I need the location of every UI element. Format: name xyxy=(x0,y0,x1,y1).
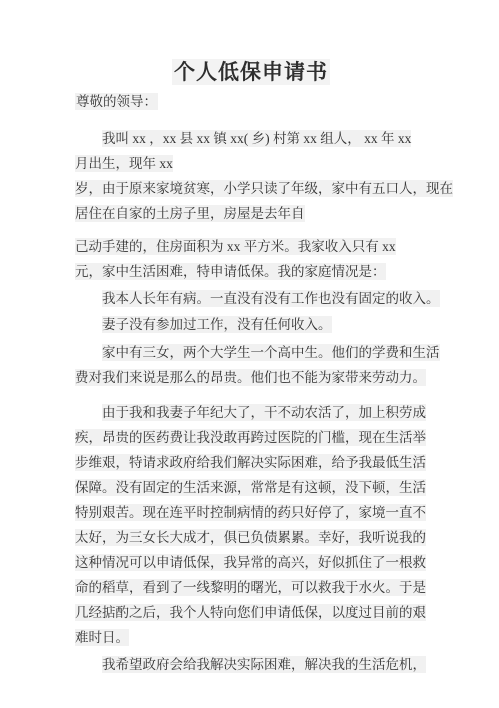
text-line: 我叫 xx ，xx 县 xx 镇 xx( 乡) 村第 xx 组人， xx 年 x… xyxy=(75,126,427,151)
text-line: 步维艰，特请求政府给我们解决实际困难，给予我最低生活 xyxy=(75,450,427,475)
text-line: 妻子没有参加过工作，没有任何收入。 xyxy=(75,312,427,337)
text-line-text: 这种情况可以申请低保，我异常的高兴，好似抓住了一根救 xyxy=(75,554,426,571)
text-line: 己动手建的，住房面积为 xx 平方米。我家收入只有 xx xyxy=(75,234,427,259)
text-line-text: 我叫 xx ，xx 县 xx 镇 xx( 乡) 村第 xx 组人， xx 年 x… xyxy=(102,130,411,147)
text-line: 特别艰苦。现在连平时控制病情的药只好停了，家境一直不 xyxy=(75,500,427,525)
text-line-text: 几经掂酌之后，我个人特向您们申请低保，以度过目前的艰 xyxy=(75,604,426,621)
text-line-text: 岁，由于原来家境贫寒，小学只读了年级，家中有五口人，现在 xyxy=(75,180,453,197)
paragraph: 我希望政府会给我解决实际困难，解决我的生活危机， xyxy=(75,652,427,677)
document-body: 我叫 xx ，xx 县 xx 镇 xx( 乡) 村第 xx 组人， xx 年 x… xyxy=(75,126,427,677)
text-line-text: 由于我和我妻子年纪大了，干不动农活了，加上积劳成 xyxy=(102,404,426,421)
paragraph: 我本人长年有病。一直没有没有工作也没有固定的收入。 xyxy=(75,286,427,311)
salutation: 尊敬的领导： xyxy=(75,93,427,111)
document-title-text: 个人低保申请书 xyxy=(172,59,330,85)
paragraph: 己动手建的，住房面积为 xx 平方米。我家收入只有 xx元，家中生活困难，特申请… xyxy=(75,234,427,284)
text-line: 由于我和我妻子年纪大了，干不动农活了，加上积劳成 xyxy=(75,400,427,425)
text-line-text: 己动手建的，住房面积为 xx 平方米。我家收入只有 xx xyxy=(75,238,396,255)
text-line: 家中有三女，两个大学生一个高中生。他们的学费和生活 xyxy=(75,340,427,365)
text-line: 我本人长年有病。一直没有没有工作也没有固定的收入。 xyxy=(75,286,427,311)
text-line-text: 难时日。 xyxy=(75,629,129,646)
text-line: 费对我们来说是那么的昂贵。他们也不能为家带来劳动力。 xyxy=(75,365,427,390)
paragraph: 我叫 xx ，xx 县 xx 镇 xx( 乡) 村第 xx 组人， xx 年 x… xyxy=(75,126,427,226)
text-line-text: 元，家中生活困难，特申请低保。我的家庭情况是： xyxy=(75,263,386,280)
text-line: 命的稻草，看到了一线黎明的曙光，可以救我于水火。于是 xyxy=(75,575,427,600)
document-page: 个人低保申请书 尊敬的领导： 我叫 xx ，xx 县 xx 镇 xx( 乡) 村… xyxy=(0,0,499,708)
text-line: 几经掂酌之后，我个人特向您们申请低保，以度过目前的艰 xyxy=(75,600,427,625)
text-line-text: 我本人长年有病。一直没有没有工作也没有固定的收入。 xyxy=(102,290,440,307)
text-line-text: 特别艰苦。现在连平时控制病情的药只好停了，家境一直不 xyxy=(75,504,426,521)
text-line: 疾，昂贵的医药费让我没敢再跨过医院的门槛，现在生活举 xyxy=(75,425,427,450)
salutation-text: 尊敬的领导： xyxy=(75,93,158,110)
text-line-text: 费对我们来说是那么的昂贵。他们也不能为家带来劳动力。 xyxy=(75,369,426,386)
paragraph: 家中有三女，两个大学生一个高中生。他们的学费和生活费对我们来说是那么的昂贵。他们… xyxy=(75,340,427,390)
text-line: 保障。没有固定的生活来源，常常是有这顿，没下顿，生活 xyxy=(75,475,427,500)
text-line-text: 疾，昂贵的医药费让我没敢再跨过医院的门槛，现在生活举 xyxy=(75,429,426,446)
text-line: 月出生，现年 xx xyxy=(75,151,427,176)
text-line-text: 妻子没有参加过工作，没有任何收入。 xyxy=(102,316,332,333)
text-line: 难时日。 xyxy=(75,625,427,650)
paragraph: 妻子没有参加过工作，没有任何收入。 xyxy=(75,312,427,337)
text-line-text: 步维艰，特请求政府给我们解决实际困难，给予我最低生活 xyxy=(75,454,426,471)
text-line-text: 我希望政府会给我解决实际困难，解决我的生活危机， xyxy=(102,656,426,673)
text-line: 元，家中生活困难，特申请低保。我的家庭情况是： xyxy=(75,259,427,284)
text-line-text: 居住在自家的土房子里，房屋是去年自 xyxy=(75,205,305,222)
text-line: 这种情况可以申请低保，我异常的高兴，好似抓住了一根救 xyxy=(75,550,427,575)
text-line-text: 家中有三女，两个大学生一个高中生。他们的学费和生活 xyxy=(102,344,440,361)
text-line-text: 月出生，现年 xx xyxy=(75,155,173,172)
text-line-text: 命的稻草，看到了一线黎明的曙光，可以救我于水火。于是 xyxy=(75,579,426,596)
document-title: 个人低保申请书 xyxy=(75,57,427,87)
text-line-text: 保障。没有固定的生活来源，常常是有这顿，没下顿，生活 xyxy=(75,479,426,496)
paragraph: 由于我和我妻子年纪大了，干不动农活了，加上积劳成疾，昂贵的医药费让我没敢再跨过医… xyxy=(75,400,427,650)
text-line-text: 太好，为三女长大成才，俱已负债累累。幸好，我听说我的 xyxy=(75,529,426,546)
text-line: 居住在自家的土房子里，房屋是去年自 xyxy=(75,201,427,226)
text-line: 我希望政府会给我解决实际困难，解决我的生活危机， xyxy=(75,652,427,677)
text-line: 太好，为三女长大成才，俱已负债累累。幸好，我听说我的 xyxy=(75,525,427,550)
text-line: 岁，由于原来家境贫寒，小学只读了年级，家中有五口人，现在 xyxy=(75,176,427,201)
